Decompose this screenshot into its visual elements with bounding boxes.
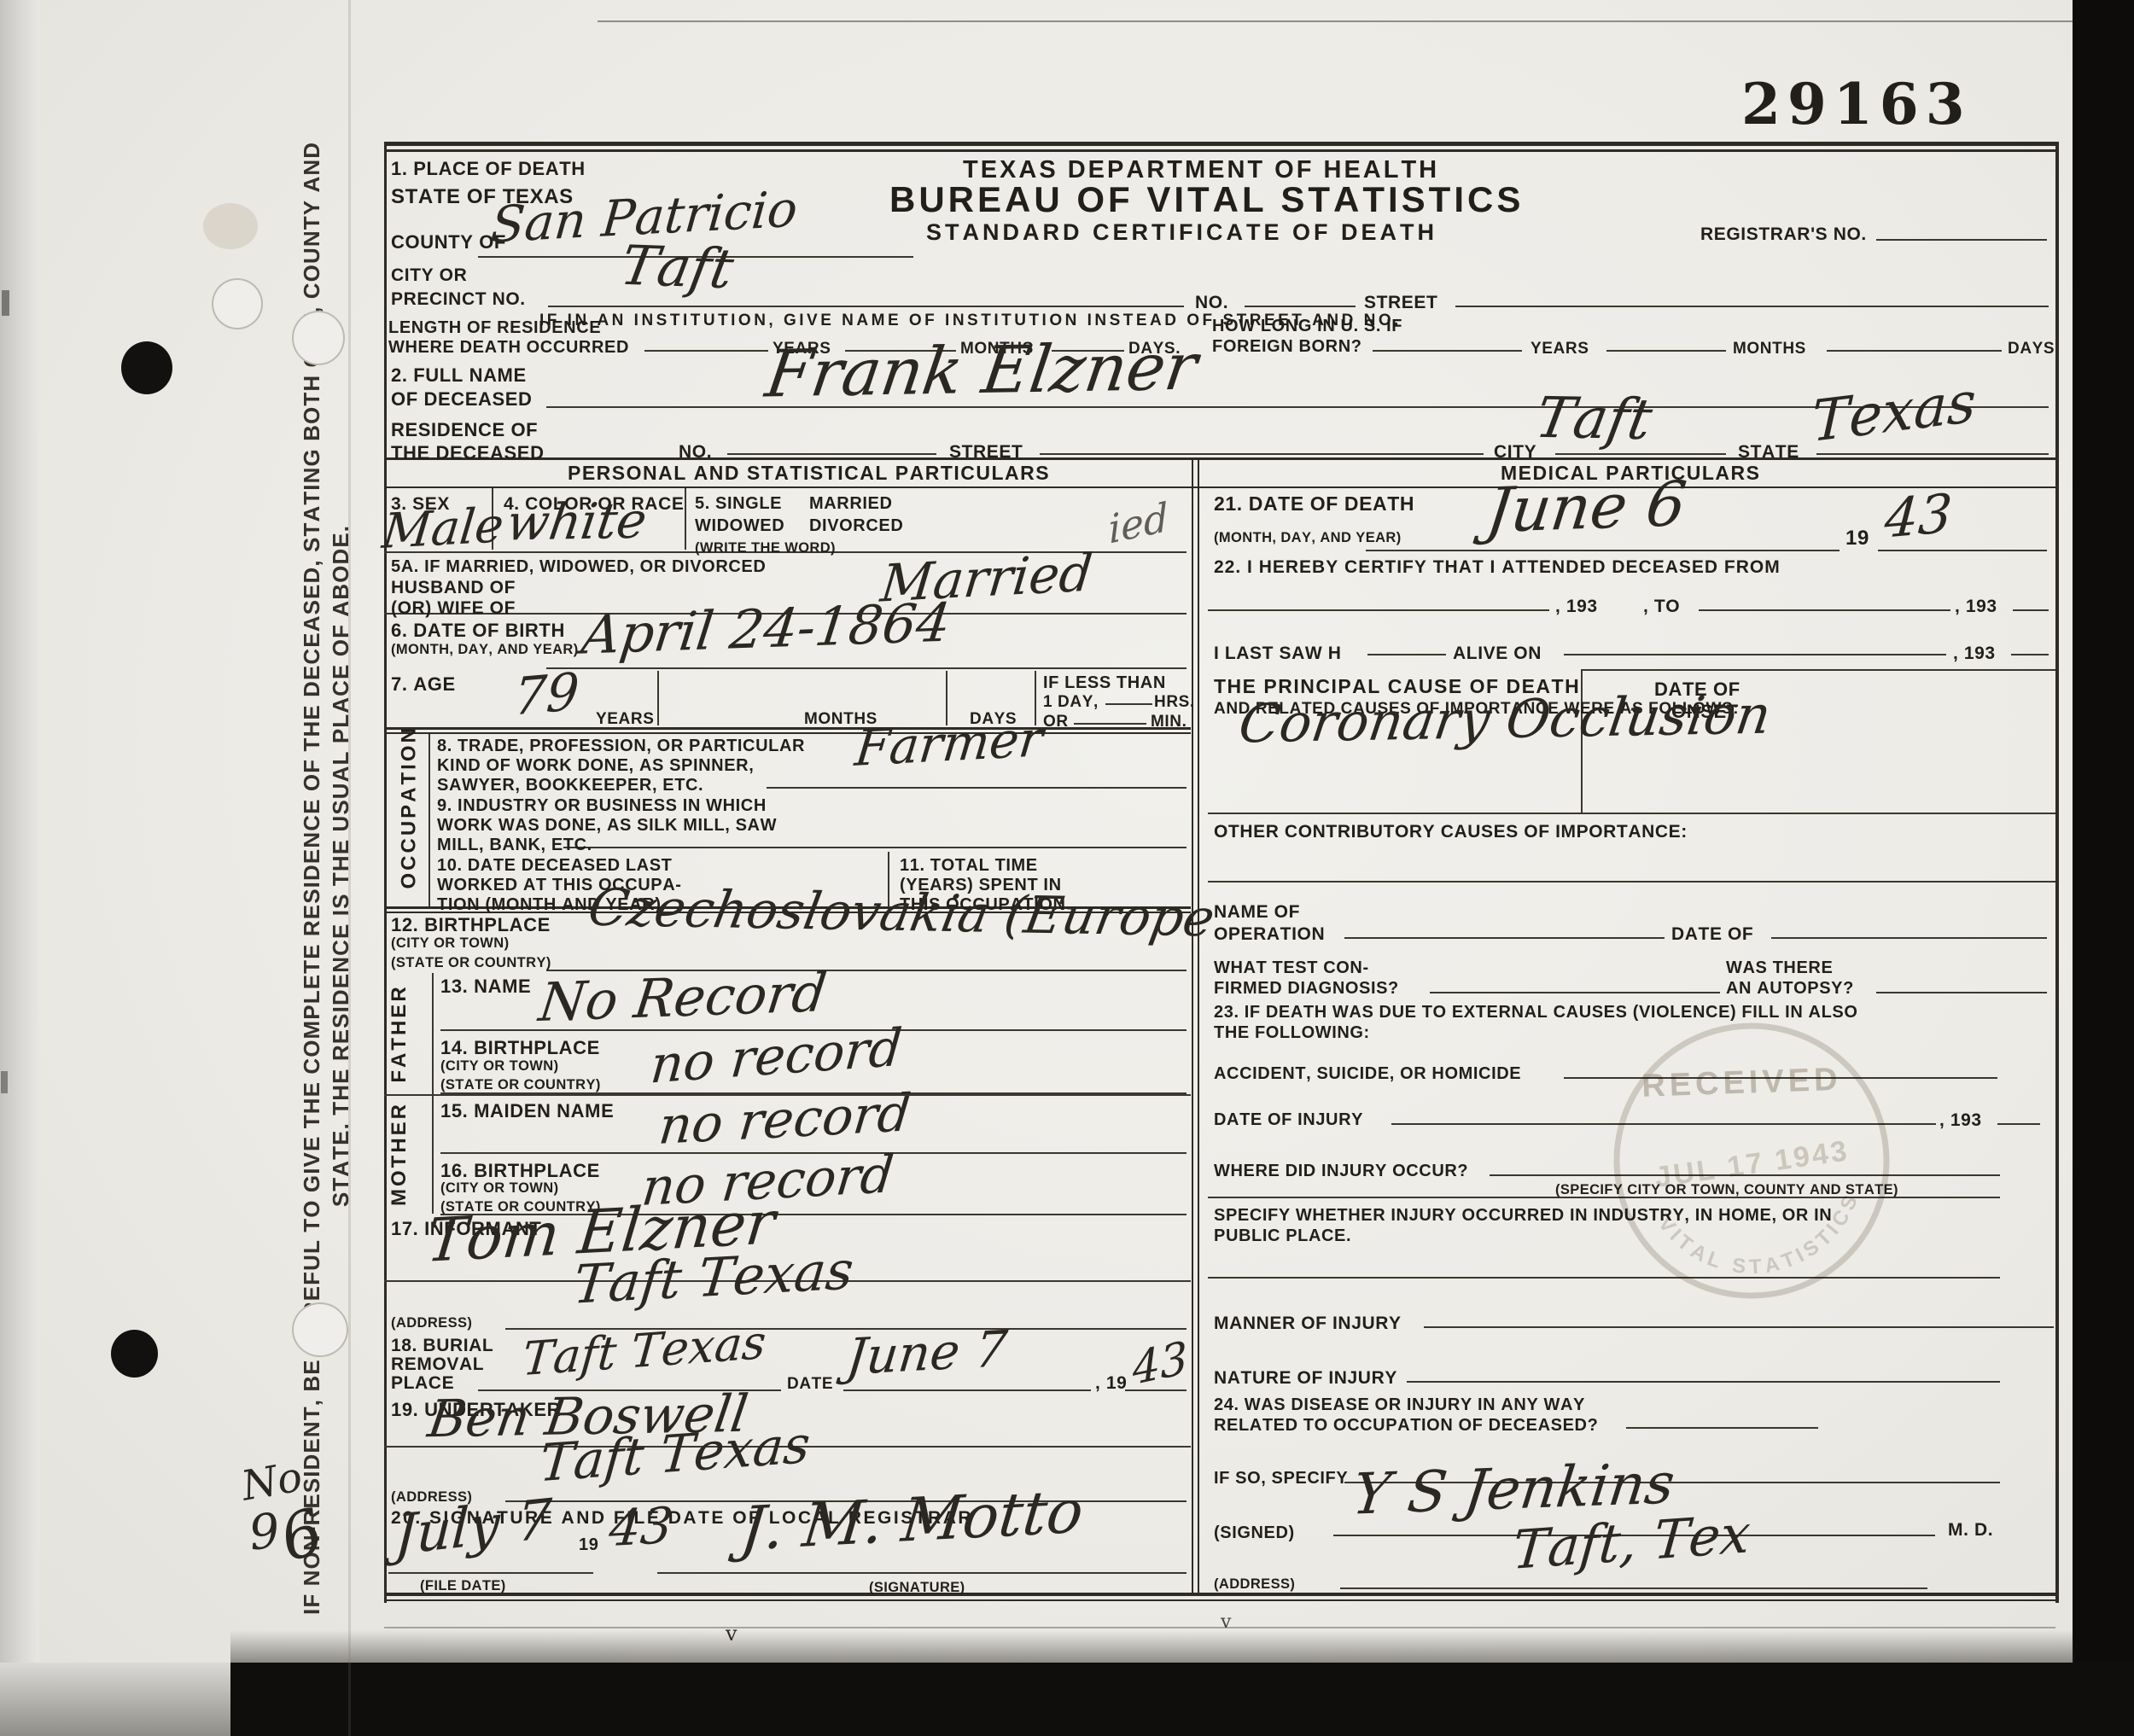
field1-place-of-death-label: 1. PLACE OF DEATH xyxy=(391,159,586,178)
residence-city-line xyxy=(1555,453,1726,455)
punch-hole-black-top xyxy=(121,341,172,394)
age-label: 7. AGE xyxy=(391,674,456,694)
marital-single-label: 5. SINGLE xyxy=(695,495,782,513)
hw-age: 79 xyxy=(512,666,580,723)
hw-date-of-death: June 6 xyxy=(1484,473,1690,541)
operation-line xyxy=(1344,937,1665,939)
dod-19-print: 19 xyxy=(1845,527,1869,549)
autopsy-label-1: WAS THERE xyxy=(1726,959,1833,977)
burial-label-2: REMOVAL xyxy=(391,1355,484,1374)
hw-burial-43: 43 xyxy=(1131,1336,1188,1392)
certify-193b: , 193 xyxy=(1955,597,1997,616)
certify-label: 22. I HEREBY CERTIFY THAT I ATTENDED DEC… xyxy=(1214,558,1781,577)
how-long-us-label-1: HOW LONG IN U. S. IF xyxy=(1212,317,1402,335)
hw-file-43: 43 xyxy=(607,1500,675,1553)
lastsaw-line-3 xyxy=(2011,654,2049,655)
box345-divider-2 xyxy=(685,488,686,550)
md-label: M. D. xyxy=(1948,1521,1993,1540)
hw-marital-fragment: ied xyxy=(1108,497,1169,549)
hw-birthplace-deceased: Czechoslovakia (Europe xyxy=(585,883,1219,945)
file-19-print: 19 xyxy=(579,1536,598,1554)
or-label: OR xyxy=(1043,714,1069,731)
operation-date-label: DATE OF xyxy=(1671,925,1753,944)
check-mark-1: v xyxy=(726,1623,738,1644)
street-line xyxy=(1455,306,2049,307)
check-mark-2: v xyxy=(1221,1613,1231,1632)
f9-label-1: 9. INDUSTRY OR BUSINESS IN WHICH xyxy=(437,797,767,815)
paper-hole-bottom xyxy=(292,1302,348,1357)
hw-race: white xyxy=(504,496,650,548)
registrar-no-line xyxy=(1876,239,2047,241)
f9-label-3: MILL, BANK, ETC. xyxy=(437,836,592,854)
length-residence-label-1: LENGTH OF RESIDENCE xyxy=(388,319,601,337)
residence-city-label: CITY xyxy=(1494,443,1536,462)
test-label-2: FIRMED DIAGNOSIS? xyxy=(1214,980,1399,998)
received-stamp: RECEIVED JUL 17 1943 VITAL STATISTICS xyxy=(1582,987,1922,1333)
len-line-1 xyxy=(644,350,768,352)
burial-line-2 xyxy=(843,1389,1091,1391)
hw-cause-of-death: Coronary Occlusion xyxy=(1236,688,1775,750)
informant-address-label: (ADDRESS) xyxy=(391,1316,472,1331)
f14-label-2: (CITY OR TOWN) xyxy=(440,1059,559,1074)
form-right-border xyxy=(2055,142,2059,1603)
residence-no-label: NO. xyxy=(679,443,712,462)
hw-occupation: Farmer xyxy=(853,714,1045,773)
f12-label-2: (CITY OR TOWN) xyxy=(391,936,510,951)
manner-label: MANNER OF INJURY xyxy=(1214,1314,1402,1333)
marital-divorced-label: DIVORCED xyxy=(809,517,903,535)
signed-label: (SIGNED) xyxy=(1214,1524,1295,1542)
onset-box-top xyxy=(1581,669,2055,671)
signature-caption: (SIGNATURE) xyxy=(869,1581,965,1595)
f8-line xyxy=(767,787,1187,789)
hw-registrar-signature: J. M. Motto xyxy=(738,1481,1087,1558)
residence-label-1: RESIDENCE OF xyxy=(391,420,538,440)
f9-label-2: WORK WAS DONE, AS SILK MILL, SAW xyxy=(437,817,777,835)
hw-dod-43: 43 xyxy=(1883,486,1954,545)
operation-label-1: NAME OF xyxy=(1214,903,1300,922)
residence-street-line xyxy=(1040,453,1484,455)
marital-write-word-label: (WRITE THE WORD) xyxy=(695,541,836,556)
f5a-label-3: (OR) WIFE OF xyxy=(391,599,516,618)
hrs-line xyxy=(1105,703,1152,705)
how-line-2 xyxy=(1606,350,1726,352)
band-bottom-rule xyxy=(384,486,2055,488)
hrs-label: HRS. xyxy=(1154,694,1195,711)
f5a-label-1: 5A. IF MARRIED, WIDOWED, OR DIVORCED xyxy=(391,558,766,576)
date-injury-193: , 193 xyxy=(1939,1111,1982,1130)
ifso-label: IF SO, SPECIFY xyxy=(1214,1470,1348,1488)
hw-full-name: Frank Elzner xyxy=(762,335,1201,407)
no-label: NO. xyxy=(1195,294,1228,312)
f8-label-2: KIND OF WORK DONE, AS SPINNER, xyxy=(437,757,754,775)
burial-date-label: DATE xyxy=(787,1376,833,1393)
column-divider-1 xyxy=(1192,457,1193,1596)
street-label: STREET xyxy=(1364,294,1437,312)
f10-label-1: 10. DATE DECEASED LAST xyxy=(437,857,672,875)
f16-label-2: (CITY OR TOWN) xyxy=(440,1181,559,1196)
residence-state-label: STATE xyxy=(1738,443,1799,462)
occupation-vertical-label: OCCUPATION xyxy=(398,740,422,889)
mother-inner-border xyxy=(432,1096,434,1214)
f24-label-2: RELATED TO OCCUPATION OF DECEASED? xyxy=(1214,1417,1598,1435)
f15-label: 15. MAIDEN NAME xyxy=(440,1101,614,1121)
years-label-2: YEARS xyxy=(1531,341,1589,358)
certify-193a: , 193 xyxy=(1555,597,1598,616)
f8-label-1: 8. TRADE, PROFESSION, OR PARTICULAR xyxy=(437,737,805,755)
dob-line xyxy=(546,667,1187,669)
lastsaw-label: I LAST SAW H xyxy=(1214,644,1342,663)
dod-sub-label: (MONTH, DAY, AND YEAR) xyxy=(1214,531,1402,545)
test-line xyxy=(1430,992,1720,993)
age-bottom-rule-2 xyxy=(384,732,1191,734)
bureau-title: BUREAU OF VITAL STATISTICS xyxy=(889,181,1524,218)
dod-label: 21. DATE OF DEATH xyxy=(1214,493,1414,514)
f11-label-1: 11. TOTAL TIME xyxy=(900,857,1038,875)
stamp-date-text: JUL 17 1943 xyxy=(1653,1134,1851,1194)
f12-label-3: (STATE OR COUNTRY) xyxy=(391,956,551,970)
min-label: MIN. xyxy=(1151,714,1187,731)
lastsaw-line-1 xyxy=(1367,654,1446,655)
test-label-1: WHAT TEST CON- xyxy=(1214,959,1369,977)
autopsy-line xyxy=(1876,992,2047,993)
date-injury-label: DATE OF INJURY xyxy=(1214,1111,1363,1129)
dod-line-2 xyxy=(1878,550,2047,551)
lastsaw-line-2 xyxy=(1564,654,1946,655)
column-divider-2 xyxy=(1198,457,1199,1596)
hw-city-precinct: Taft xyxy=(616,239,737,297)
f24-label-1: 24. WAS DISEASE OR INJURY IN ANY WAY xyxy=(1214,1396,1585,1414)
days-label-2: DAYS xyxy=(2008,341,2055,358)
hw-informant-address: Taft Texas xyxy=(571,1244,856,1312)
f8-label-3: SAWYER, BOOKKEEPER, ETC. xyxy=(437,777,703,795)
min-line xyxy=(1074,723,1146,725)
less-than-label-2: 1 DAY, xyxy=(1043,694,1099,711)
occupation-inner-border xyxy=(429,734,430,908)
age-divider-1 xyxy=(657,671,659,725)
age-bottom-rule-1 xyxy=(384,727,1191,730)
f9-line xyxy=(563,847,1187,848)
standard-certificate-label: STANDARD CERTIFICATE OF DEATH xyxy=(926,220,1437,244)
hw-mother-maiden: no record xyxy=(656,1087,913,1152)
certificate-number: 29163 xyxy=(1741,75,1972,134)
certify-line-2 xyxy=(1699,609,1950,611)
father-mother-boundary xyxy=(384,1094,1191,1096)
dob-label-1: 6. DATE OF BIRTH xyxy=(391,620,565,640)
hw-dob: April 24-1864 xyxy=(579,596,953,661)
form-bottom-rule-2 xyxy=(384,1599,2059,1601)
how-line-3 xyxy=(1827,350,2002,352)
form-bottom-rule-1 xyxy=(384,1593,2059,1596)
residence-state-line xyxy=(1816,453,2049,455)
operation-label-2: OPERATION xyxy=(1214,925,1325,944)
left-edge-mark-2 xyxy=(1,1071,8,1093)
nature-line xyxy=(1407,1381,2000,1383)
band-personal-title: PERSONAL AND STATISTICAL PARTICULARS xyxy=(568,463,1050,483)
where-injury-label: WHERE DID INJURY OCCUR? xyxy=(1214,1162,1468,1180)
fullname-label-2: OF DECEASED xyxy=(391,389,533,409)
date-injury-line-2 xyxy=(1997,1123,2040,1125)
f12-label-1: 12. BIRTHPLACE xyxy=(391,915,551,935)
bottom-shadow-fade xyxy=(230,1630,2074,1666)
accident-label: ACCIDENT, SUICIDE, OR HOMICIDE xyxy=(1214,1065,1521,1083)
residence-no-line xyxy=(727,453,936,455)
lastsaw-193: , 193 xyxy=(1953,644,1996,663)
fullname-label-1: 2. FULL NAME xyxy=(391,365,527,385)
father-vertical-label: FATHER xyxy=(388,978,411,1089)
right-black-edge xyxy=(2073,0,2134,1736)
f14-label-3: (STATE OR COUNTRY) xyxy=(440,1078,601,1092)
nature-label: NATURE OF INJURY xyxy=(1214,1369,1397,1388)
mother-vertical-label: MOTHER xyxy=(388,1098,411,1209)
registrar-no-label: REGISTRAR'S NO. xyxy=(1700,225,1867,244)
certify-line-3 xyxy=(2013,609,2049,611)
file-date-caption: (FILE DATE) xyxy=(420,1579,506,1593)
specify-label-2: PUBLIC PLACE. xyxy=(1214,1227,1351,1245)
form-left-border xyxy=(384,142,387,1603)
marital-married-label: MARRIED xyxy=(809,495,893,513)
residence-label-2: THE DECEASED xyxy=(391,443,545,463)
stamp-received-text: RECEIVED xyxy=(1641,1062,1843,1104)
hw-father-name: No Record xyxy=(536,966,829,1029)
hw-physician-address: Taft, Tex xyxy=(1511,1507,1752,1577)
top-page-edge-line xyxy=(598,20,2073,22)
punch-hole-black-bottom xyxy=(111,1330,158,1378)
band-top-rule xyxy=(384,457,2055,460)
less-than-label-1: IF LESS THAN xyxy=(1043,674,1166,692)
form-top-rule-2 xyxy=(384,149,2059,152)
paper-stain xyxy=(203,203,258,249)
hw-file-date: July 7 xyxy=(394,1492,553,1564)
f13-label: 13. NAME xyxy=(440,976,531,996)
hw-residence-city: Taft xyxy=(1531,390,1656,448)
residence-street-label: STREET xyxy=(949,443,1023,462)
f14-label-1: 14. BIRTHPLACE xyxy=(440,1038,600,1057)
operation-date-line xyxy=(1771,937,2047,939)
length-residence-label-2: WHERE DEATH OCCURRED xyxy=(388,339,629,357)
city-or-label: CITY OR xyxy=(391,266,467,285)
form-top-rule-1 xyxy=(384,142,2059,146)
bottom-left-gray-band xyxy=(0,1663,230,1736)
marital-widowed-label: WIDOWED xyxy=(695,517,784,535)
contributory-line xyxy=(1208,881,2055,883)
paper-hole-top-2 xyxy=(292,311,345,365)
certify-to: , TO xyxy=(1643,597,1680,616)
burial-label-1: 18. BURIAL xyxy=(391,1337,493,1355)
precinct-line xyxy=(548,306,1184,307)
f5a-label-2: HUSBAND OF xyxy=(391,579,516,597)
left-edge-mark-1 xyxy=(2,290,9,316)
f16-label-1: 16. BIRTHPLACE xyxy=(440,1161,600,1180)
burial-19-print: , 19 xyxy=(1095,1374,1127,1393)
paper-hole-top-1 xyxy=(212,278,263,329)
months-label-2: MONTHS xyxy=(1733,341,1806,358)
cause-bottom-line xyxy=(1208,813,2055,814)
how-long-us-label-2: FOREIGN BORN? xyxy=(1212,338,1362,356)
dod-line-1 xyxy=(1366,550,1840,551)
aliveon-label: ALIVE ON xyxy=(1453,644,1542,663)
left-page-edge xyxy=(0,0,39,1736)
manner-line xyxy=(1424,1326,2054,1328)
dob-label-2: (MONTH, DAY, AND YEAR) xyxy=(391,643,579,657)
how-line-1 xyxy=(1373,350,1522,352)
age-years-label: YEARS xyxy=(596,711,654,728)
signature-line xyxy=(657,1572,1187,1574)
precinct-no-label: PRECINCT NO. xyxy=(391,290,526,309)
bottom-black-band xyxy=(230,1663,2134,1736)
file-date-line xyxy=(388,1572,593,1574)
physician-address-line xyxy=(1340,1587,1927,1589)
no-line xyxy=(1245,306,1356,307)
below-form-faint-line xyxy=(384,1627,2055,1628)
paper-crease xyxy=(348,0,351,1736)
certify-line-1 xyxy=(1208,609,1549,611)
contributory-label: OTHER CONTRIBUTORY CAUSES OF IMPORTANCE: xyxy=(1214,823,1688,842)
father-inner-border xyxy=(432,973,434,1094)
hw-sex: Male xyxy=(380,502,506,556)
external-label-2: THE FOLLOWING: xyxy=(1214,1024,1370,1042)
hw-burial-date: June 7 xyxy=(844,1324,1010,1382)
physician-address-label: (ADDRESS) xyxy=(1214,1577,1295,1592)
f24-line xyxy=(1626,1427,1818,1429)
scanned-death-certificate: IF NON-RESIDENT, BE CAREFUL TO GIVE THE … xyxy=(0,0,2134,1736)
